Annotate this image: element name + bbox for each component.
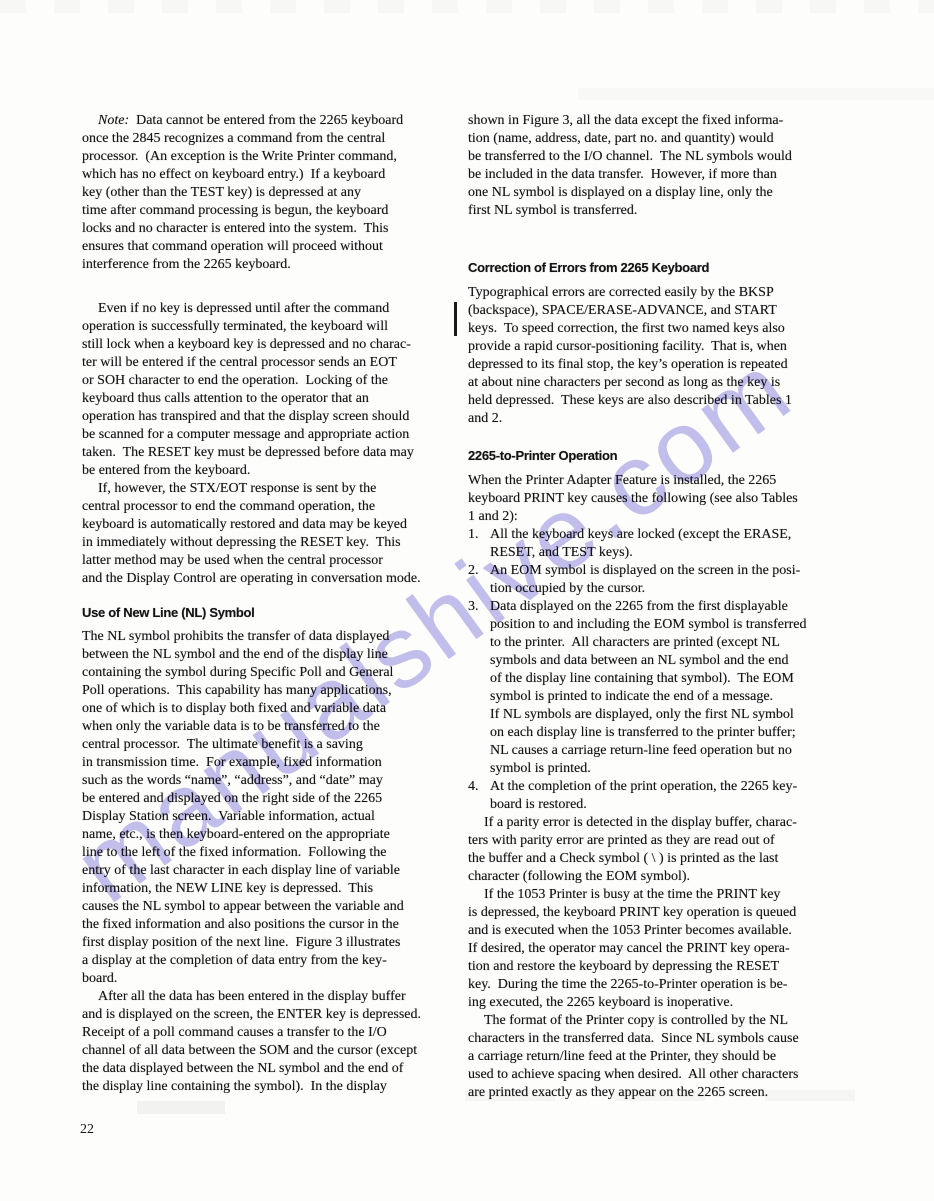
list-item: 3. Data displayed on the 2265 from the f… — [468, 598, 868, 778]
note-label: Note: — [98, 113, 129, 128]
list-item-number: 4. — [468, 778, 490, 814]
list-item-text: Data displayed on the 2265 from the firs… — [490, 598, 807, 778]
numbered-list: 1. All the keyboard keys are locked (exc… — [468, 526, 868, 814]
paragraph-figure3-continuation: shown in Figure 3, all the data except t… — [468, 112, 868, 220]
scan-artifact-smudge — [137, 1101, 225, 1114]
paragraph-nl-symbol: The NL symbol prohibits the transfer of … — [82, 628, 462, 988]
page-number: 22 — [80, 1122, 94, 1138]
scan-artifact-top — [0, 0, 934, 13]
document-page: Note: Data cannot be entered from the 22… — [0, 0, 934, 1201]
paragraph-printer-format: The format of the Printer copy is contro… — [468, 1012, 868, 1102]
list-item-number: 1. — [468, 526, 490, 562]
paragraph-parity-error: If a parity error is detected in the dis… — [468, 814, 868, 886]
paragraph-1053-busy: If the 1053 Printer is busy at the time … — [468, 886, 868, 1012]
heading-2265-to-printer: 2265-to-Printer Operation — [468, 447, 868, 465]
list-item-number: 2. — [468, 562, 490, 598]
list-item: 1. All the keyboard keys are locked (exc… — [468, 526, 868, 562]
change-bar — [454, 302, 457, 336]
list-item: 2. An EOM symbol is displayed on the scr… — [468, 562, 868, 598]
paragraph-error-correction: Typographical errors are corrected easil… — [468, 284, 868, 428]
list-item: 4. At the completion of the print operat… — [468, 778, 868, 814]
scan-artifact-smudge — [578, 88, 934, 100]
note-text: Data cannot be entered from the 2265 key… — [82, 113, 403, 272]
heading-use-of-new-line-symbol: Use of New Line (NL) Symbol — [82, 604, 462, 622]
paragraph-stx-eot: If, however, the STX/EOT response is sen… — [82, 480, 462, 588]
note-paragraph: Note: Data cannot be entered from the 22… — [82, 112, 462, 274]
list-item-number: 3. — [468, 598, 490, 778]
left-column: Note: Data cannot be entered from the 22… — [82, 112, 462, 1096]
heading-correction-of-errors: Correction of Errors from 2265 Keyboard — [468, 259, 868, 277]
paragraph-enter-key: After all the data has been entered in t… — [82, 988, 462, 1096]
list-item-text: At the completion of the print operation… — [490, 778, 797, 814]
paragraph-keyboard-lock: Even if no key is depressed until after … — [82, 300, 462, 480]
paragraph-printer-intro: When the Printer Adapter Feature is inst… — [468, 472, 868, 526]
list-item-text: All the keyboard keys are locked (except… — [490, 526, 791, 562]
right-column: shown in Figure 3, all the data except t… — [468, 112, 868, 1102]
list-item-text: An EOM symbol is displayed on the screen… — [490, 562, 800, 598]
